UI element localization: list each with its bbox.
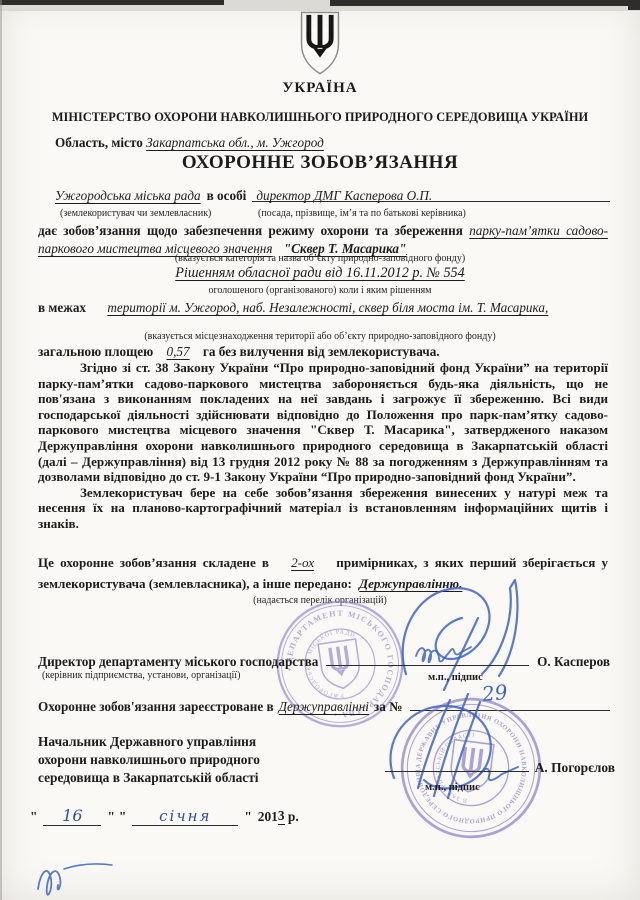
date-close-quote: " <box>244 809 251 825</box>
date-month-line: січня <box>132 807 238 826</box>
party-caption-right: (посада, прізвище, ім’я та по батькові к… <box>258 208 466 219</box>
within-label: в межах <box>38 300 86 315</box>
area-label: загальною площею <box>38 344 153 359</box>
registered-pre: Охоронне зобов'язання зареєстроване в <box>38 699 274 715</box>
date-month-handwritten: січня <box>159 807 211 825</box>
chief-signature-line <box>385 758 529 772</box>
chief-title-block: Начальник Державного управління охорони … <box>38 733 260 787</box>
paragraph-law: Згідно зі ст. 38 Закону України “Про при… <box>38 360 608 485</box>
party-caption-left: (землекористувач чи землевласник) <box>60 208 211 219</box>
date-quote-2: " <box>107 809 114 825</box>
region-label: Область, місто <box>55 135 143 150</box>
region-line: Область, місто Закарпатська обл., м. Ужг… <box>55 135 324 151</box>
date-day-line: 16 <box>43 806 101 826</box>
main-paragraphs: Згідно зі ст. 38 Закону України “Про при… <box>38 360 608 532</box>
country-name: УКРАЇНА <box>0 80 640 97</box>
director-label: Директор департаменту міського господарс… <box>38 654 318 670</box>
chief-title-line1: Начальник Державного управління <box>38 733 260 751</box>
document-page: УКРАЇНА МІНІСТЕРСТВО ОХОРОНИ НАВКОЛИШНЬО… <box>0 0 640 900</box>
signature-chief <box>360 686 540 816</box>
chief-sign-row: А. Погорєлов <box>385 758 615 776</box>
party-row: Ужгородська міська рада в особі директор… <box>55 188 610 204</box>
date-year-suffix: р. <box>288 809 299 824</box>
party-mid: в особі <box>207 188 247 204</box>
object-caption: (вказується категорія та назва об’єкту п… <box>0 253 640 264</box>
chief-title-line2: охорони навколишнього природного <box>38 751 260 769</box>
director-signature-line <box>326 652 529 666</box>
director-caption: (керівник підприємства, установи, органі… <box>42 670 240 681</box>
document-title: ОХОРОННЕ ЗОБОВ’ЯЗАННЯ <box>0 152 640 174</box>
paragraph-landuser: Землекористувач бере на себе зобов’язанн… <box>38 485 608 532</box>
date-open-quote: " <box>30 809 37 825</box>
chief-mp-caption: м.п., підпис <box>425 782 480 793</box>
registered-org: Держуправлінні <box>279 699 369 715</box>
party-representative: директор ДМГ Касперова О.П. <box>252 188 432 203</box>
scan-artifact-corner <box>628 0 640 10</box>
within-value: території м. Ужгород, наб. Незалежності,… <box>107 300 548 315</box>
date-quote-3: " <box>119 809 126 825</box>
within-line: в межах території м. Ужгород, наб. Незал… <box>38 298 608 319</box>
party-name: Ужгородська міська рада <box>55 188 201 204</box>
within-caption: (вказується місцезнаходження території а… <box>0 331 640 342</box>
date-year-printed: 201 <box>258 809 278 824</box>
decision-line: Рішенням обласної ради від 16.11.2012 р.… <box>0 265 640 282</box>
area-post: га без вилучення від землекористувача. <box>203 344 440 359</box>
region-value: Закарпатська обл., м. Ужгород <box>146 135 324 150</box>
pen-scribble-bottom-left <box>24 845 144 897</box>
chief-title-line3: середовища в Закарпатській області <box>38 769 260 787</box>
chief-name: А. Погорєлов <box>535 760 615 776</box>
scan-artifact-top-left <box>0 0 224 5</box>
scan-left-edge <box>0 0 2 900</box>
copies-count: 2-ох <box>275 555 330 570</box>
copies-pre: Це охоронне зобов’язання складене в <box>38 555 269 570</box>
obligation-lead: дає зобов’язання щодо забезпечення режим… <box>38 223 463 238</box>
date-day-handwritten: 16 <box>62 806 82 825</box>
scan-artifact-top-right <box>330 0 640 6</box>
ministry-title: МІНІСТЕРСТВО ОХОРОНИ НАВКОЛИШНЬОГО ПРИРО… <box>0 110 640 125</box>
area-line: загальною площею 0,57 га без вилучення в… <box>38 344 440 360</box>
director-mp-caption: м.п., підпис <box>428 672 483 683</box>
date-year-digit-handwritten: 3 <box>278 808 285 825</box>
coat-of-arms-trident <box>295 10 345 78</box>
date-year: 2013 р. <box>258 809 299 826</box>
director-row: Директор департаменту міського господарс… <box>38 652 610 670</box>
obligation-line: дає зобов’язання щодо забезпечення режим… <box>38 222 608 257</box>
director-name: О. Касперов <box>537 654 610 670</box>
date-line: " 16 " " січня " 2013 р. <box>30 806 299 826</box>
area-value: 0,57 <box>156 344 199 359</box>
decision-caption: оголошеного (організованого) коли і яким… <box>0 285 640 296</box>
